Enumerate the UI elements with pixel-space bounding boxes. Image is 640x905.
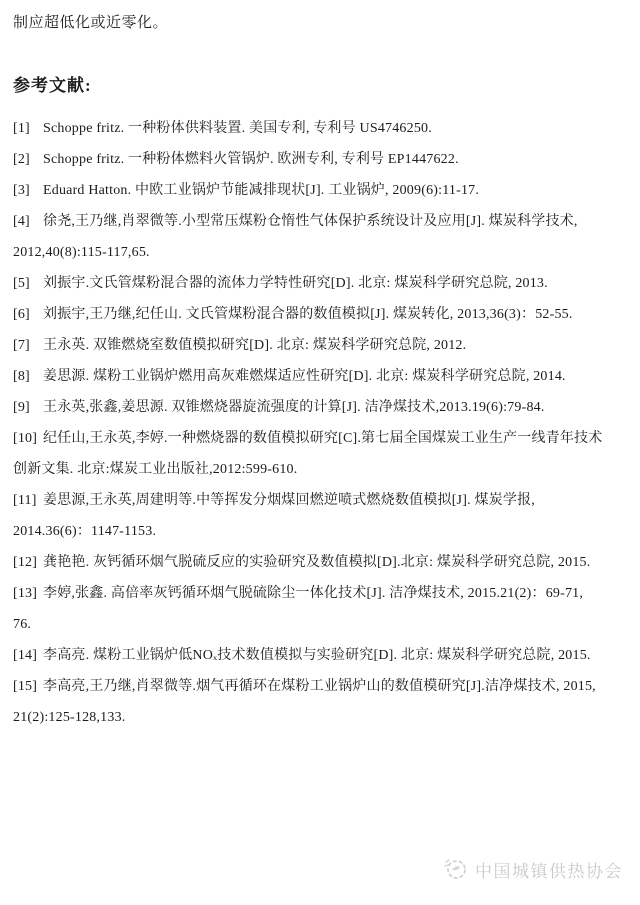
watermark: 中国城镇供热协会 [442, 856, 623, 882]
reference-list: [1]Schoppe fritz. 一种粉体供料装置. 美国专利, 专利号 US… [13, 113, 627, 733]
reference-text: Schoppe fritz. 一种粉体燃料火管锅炉. 欧洲专利, 专利号 EP1… [43, 152, 459, 167]
reference-number: [3] [13, 175, 43, 206]
reference-text: Eduard Hatton. 中欧工业锅炉节能减排现状[J]. 工业锅炉, 20… [43, 183, 479, 198]
reference-item: [1]Schoppe fritz. 一种粉体供料装置. 美国专利, 专利号 US… [13, 113, 627, 144]
reference-number: [6] [13, 299, 43, 330]
reference-item: [10]纪任山,王永英,李婷.一种燃烧器的数值模拟研究[C].第七届全国煤炭工业… [13, 423, 627, 485]
reference-item: [13]李婷,张鑫. 高倍率灰钙循环烟气脱硫除尘一体化技术[J]. 洁净煤技术,… [13, 578, 627, 640]
reference-item: [5]刘振宇.文氏管煤粉混合器的流体力学特性研究[D]. 北京: 煤炭科学研究总… [13, 268, 627, 299]
reference-text: 徐尧,王乃继,肖翠微等.小型常压煤粉仓惰性气体保护系统设计及应用[J]. 煤炭科… [43, 214, 578, 229]
reference-text: 李高亮,王乃继,肖翠微等.烟气再循环在煤粉工业锅炉山的数值模研究[J].洁净煤技… [43, 679, 596, 694]
reference-text: 李婷,张鑫. 高倍率灰钙循环烟气脱硫除尘一体化技术[J]. 洁净煤技术, 201… [43, 586, 583, 601]
body-paragraph: 制应超低化或近零化。 [13, 12, 627, 34]
reference-text: 姜思源. 煤粉工业锅炉燃用高灰难燃煤适应性研究[D]. 北京: 煤炭科学研究总院… [43, 369, 566, 384]
reference-number: [12] [13, 547, 43, 578]
reference-text: 龚艳艳. 灰钙循环烟气脱硫反应的实验研究及数值模拟[D].北京: 煤炭科学研究总… [43, 555, 590, 570]
reference-item: [4]徐尧,王乃继,肖翠微等.小型常压煤粉仓惰性气体保护系统设计及应用[J]. … [13, 206, 627, 268]
watermark-text: 中国城镇供热协会 [475, 857, 623, 882]
reference-text: 刘振宇,王乃继,纪任山. 文氏管煤粉混合器的数值模拟[J]. 煤炭转化, 201… [43, 307, 573, 322]
reference-item: [9]王永英,张鑫,姜思源. 双锥燃烧器旋流强度的计算[J]. 洁净煤技术,20… [13, 392, 627, 423]
reference-text: 李高亮. 煤粉工业锅炉低NOₓ技术数值模拟与实验研究[D]. 北京: 煤炭科学研… [43, 648, 591, 663]
reference-number: [2] [13, 144, 43, 175]
reference-number: [14] [13, 640, 43, 671]
reference-text: 王永英,张鑫,姜思源. 双锥燃烧器旋流强度的计算[J]. 洁净煤技术,2013.… [43, 400, 545, 415]
reference-item: [2]Schoppe fritz. 一种粉体燃料火管锅炉. 欧洲专利, 专利号 … [13, 144, 627, 175]
references-heading: 参考文献: [13, 75, 627, 97]
reference-item: [11]姜思源,王永英,周建明等.中等挥发分烟煤回燃逆喷式燃烧数值模拟[J]. … [13, 485, 627, 547]
reference-number: [11] [13, 485, 43, 516]
reference-text: 刘振宇.文氏管煤粉混合器的流体力学特性研究[D]. 北京: 煤炭科学研究总院, … [43, 276, 548, 291]
paper-page: 制应超低化或近零化。 参考文献: [1]Schoppe fritz. 一种粉体供… [0, 0, 640, 733]
reference-number: [5] [13, 268, 43, 299]
reference-item: [6]刘振宇,王乃继,纪任山. 文氏管煤粉混合器的数值模拟[J]. 煤炭转化, … [13, 299, 627, 330]
reference-number: [4] [13, 206, 43, 237]
reference-number: [10] [13, 423, 43, 454]
reference-text: 姜思源,王永英,周建明等.中等挥发分烟煤回燃逆喷式燃烧数值模拟[J]. 煤炭学报… [43, 493, 535, 508]
reference-item: [7]王永英. 双锥燃烧室数值模拟研究[D]. 北京: 煤炭科学研究总院, 20… [13, 330, 627, 361]
reference-number: [13] [13, 578, 43, 609]
reference-text: 王永英. 双锥燃烧室数值模拟研究[D]. 北京: 煤炭科学研究总院, 2012. [43, 338, 466, 353]
reference-text-continued: 76. [13, 609, 627, 640]
reference-number: [1] [13, 113, 43, 144]
reference-item: [15]李高亮,王乃继,肖翠微等.烟气再循环在煤粉工业锅炉山的数值模研究[J].… [13, 671, 627, 733]
reference-number: [7] [13, 330, 43, 361]
reference-text-continued: 创新文集. 北京:煤炭工业出版社,2012:599-610. [13, 454, 627, 485]
reference-text: 纪任山,王永英,李婷.一种燃烧器的数值模拟研究[C].第七届全国煤炭工业生产一线… [43, 431, 602, 446]
reference-number: [8] [13, 361, 43, 392]
reference-item: [12]龚艳艳. 灰钙循环烟气脱硫反应的实验研究及数值模拟[D].北京: 煤炭科… [13, 547, 627, 578]
reference-item: [3]Eduard Hatton. 中欧工业锅炉节能减排现状[J]. 工业锅炉,… [13, 175, 627, 206]
reference-text-continued: 2014.36(6)：1147-1153. [13, 516, 627, 547]
reference-item: [8]姜思源. 煤粉工业锅炉燃用高灰难燃煤适应性研究[D]. 北京: 煤炭科学研… [13, 361, 627, 392]
reference-text: Schoppe fritz. 一种粉体供料装置. 美国专利, 专利号 US474… [43, 121, 432, 136]
reference-text-continued: 2012,40(8):115-117,65. [13, 237, 627, 268]
reference-number: [9] [13, 392, 43, 423]
reference-text-continued: 21(2):125-128,133. [13, 702, 627, 733]
cdha-logo-icon [442, 856, 468, 882]
reference-number: [15] [13, 671, 43, 702]
reference-item: [14]李高亮. 煤粉工业锅炉低NOₓ技术数值模拟与实验研究[D]. 北京: 煤… [13, 640, 627, 671]
